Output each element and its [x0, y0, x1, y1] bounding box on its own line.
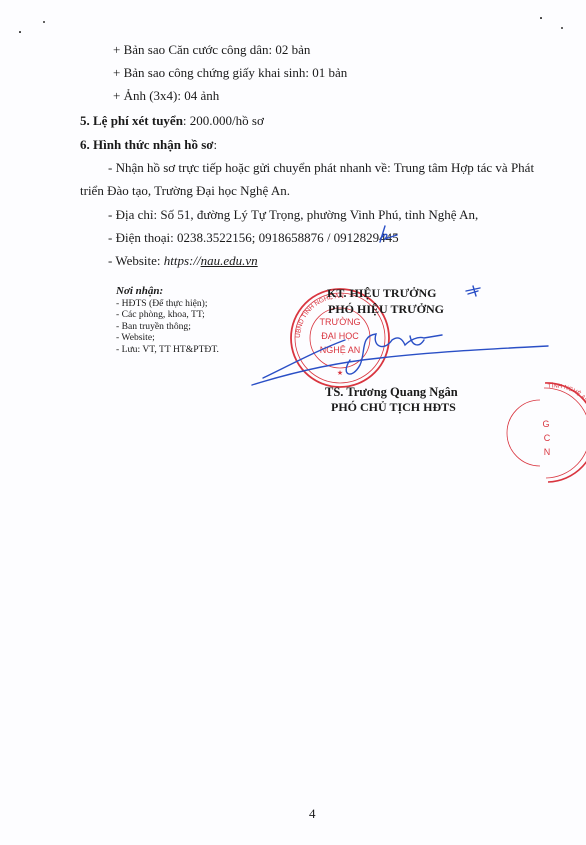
side-stamp-letter: C: [544, 433, 551, 443]
page-number: 4: [309, 806, 316, 822]
side-stamp: TỈNH NGHỆ AN G C N: [0, 0, 586, 845]
side-stamp-letter: N: [544, 447, 551, 457]
side-stamp-letter: G: [542, 419, 549, 429]
document-page: + Bản sao Căn cước công dân: 02 bản + Bả…: [0, 0, 586, 845]
